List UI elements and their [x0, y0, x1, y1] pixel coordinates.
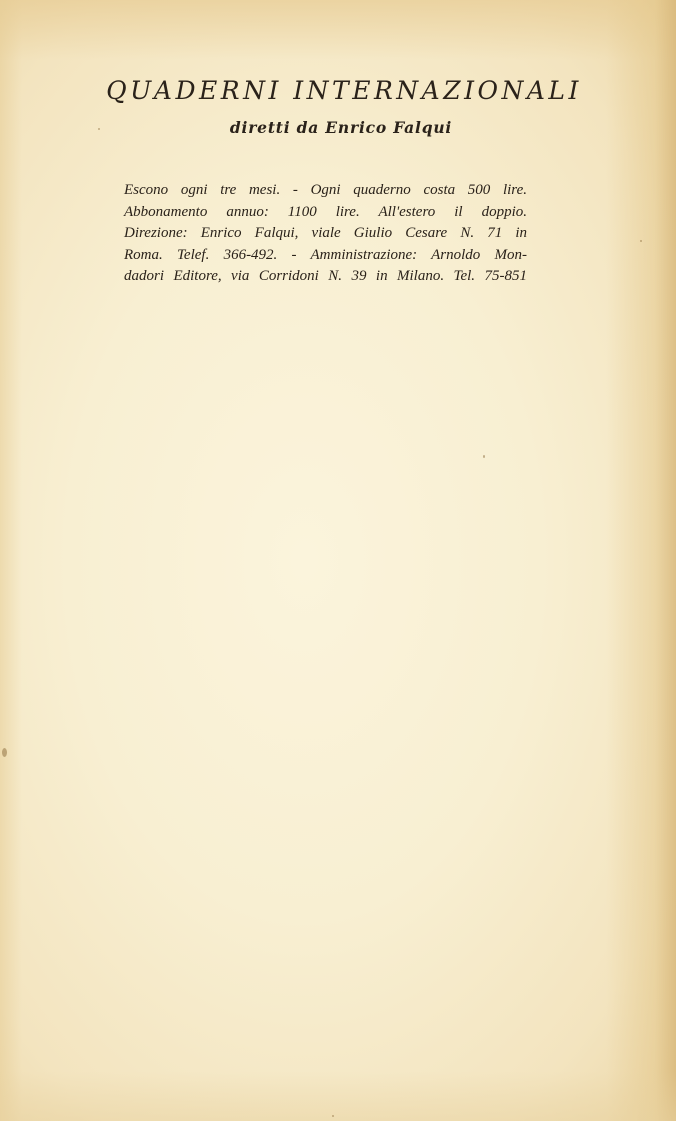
- publication-info: Escono ogni tre mesi. - Ogni quaderno co…: [124, 180, 527, 288]
- info-line-publisher-address: dadori Editore, via Corridoni N. 39 in M…: [124, 266, 527, 288]
- series-title: QUADERNI INTERNAZIONALI: [0, 76, 676, 105]
- info-line-direction: Direzione: Enrico Falqui, viale Giulio C…: [124, 223, 527, 245]
- paper-speck: [483, 455, 485, 458]
- info-line-subscription: Abbonamento annuo: 1100 lire. All'estero…: [124, 202, 527, 224]
- paper-speck: [640, 240, 642, 242]
- paper-speck: [98, 128, 100, 130]
- paper-aging-right: [606, 0, 676, 1121]
- editor-credit: diretti da Enrico Falqui: [0, 118, 676, 137]
- info-line-frequency-price: Escono ogni tre mesi. - Ogni quaderno co…: [124, 180, 527, 202]
- paper-speck: [332, 1115, 334, 1117]
- paper-aging-top: [0, 0, 676, 60]
- info-line-administration: Roma. Telef. 366-492. - Amministrazione:…: [124, 245, 527, 267]
- paper-speck: [2, 748, 7, 757]
- document-page: QUADERNI INTERNAZIONALI diretti da Enric…: [0, 0, 676, 1121]
- paper-aging-left: [0, 0, 22, 1121]
- paper-aging-bottom: [0, 1071, 676, 1121]
